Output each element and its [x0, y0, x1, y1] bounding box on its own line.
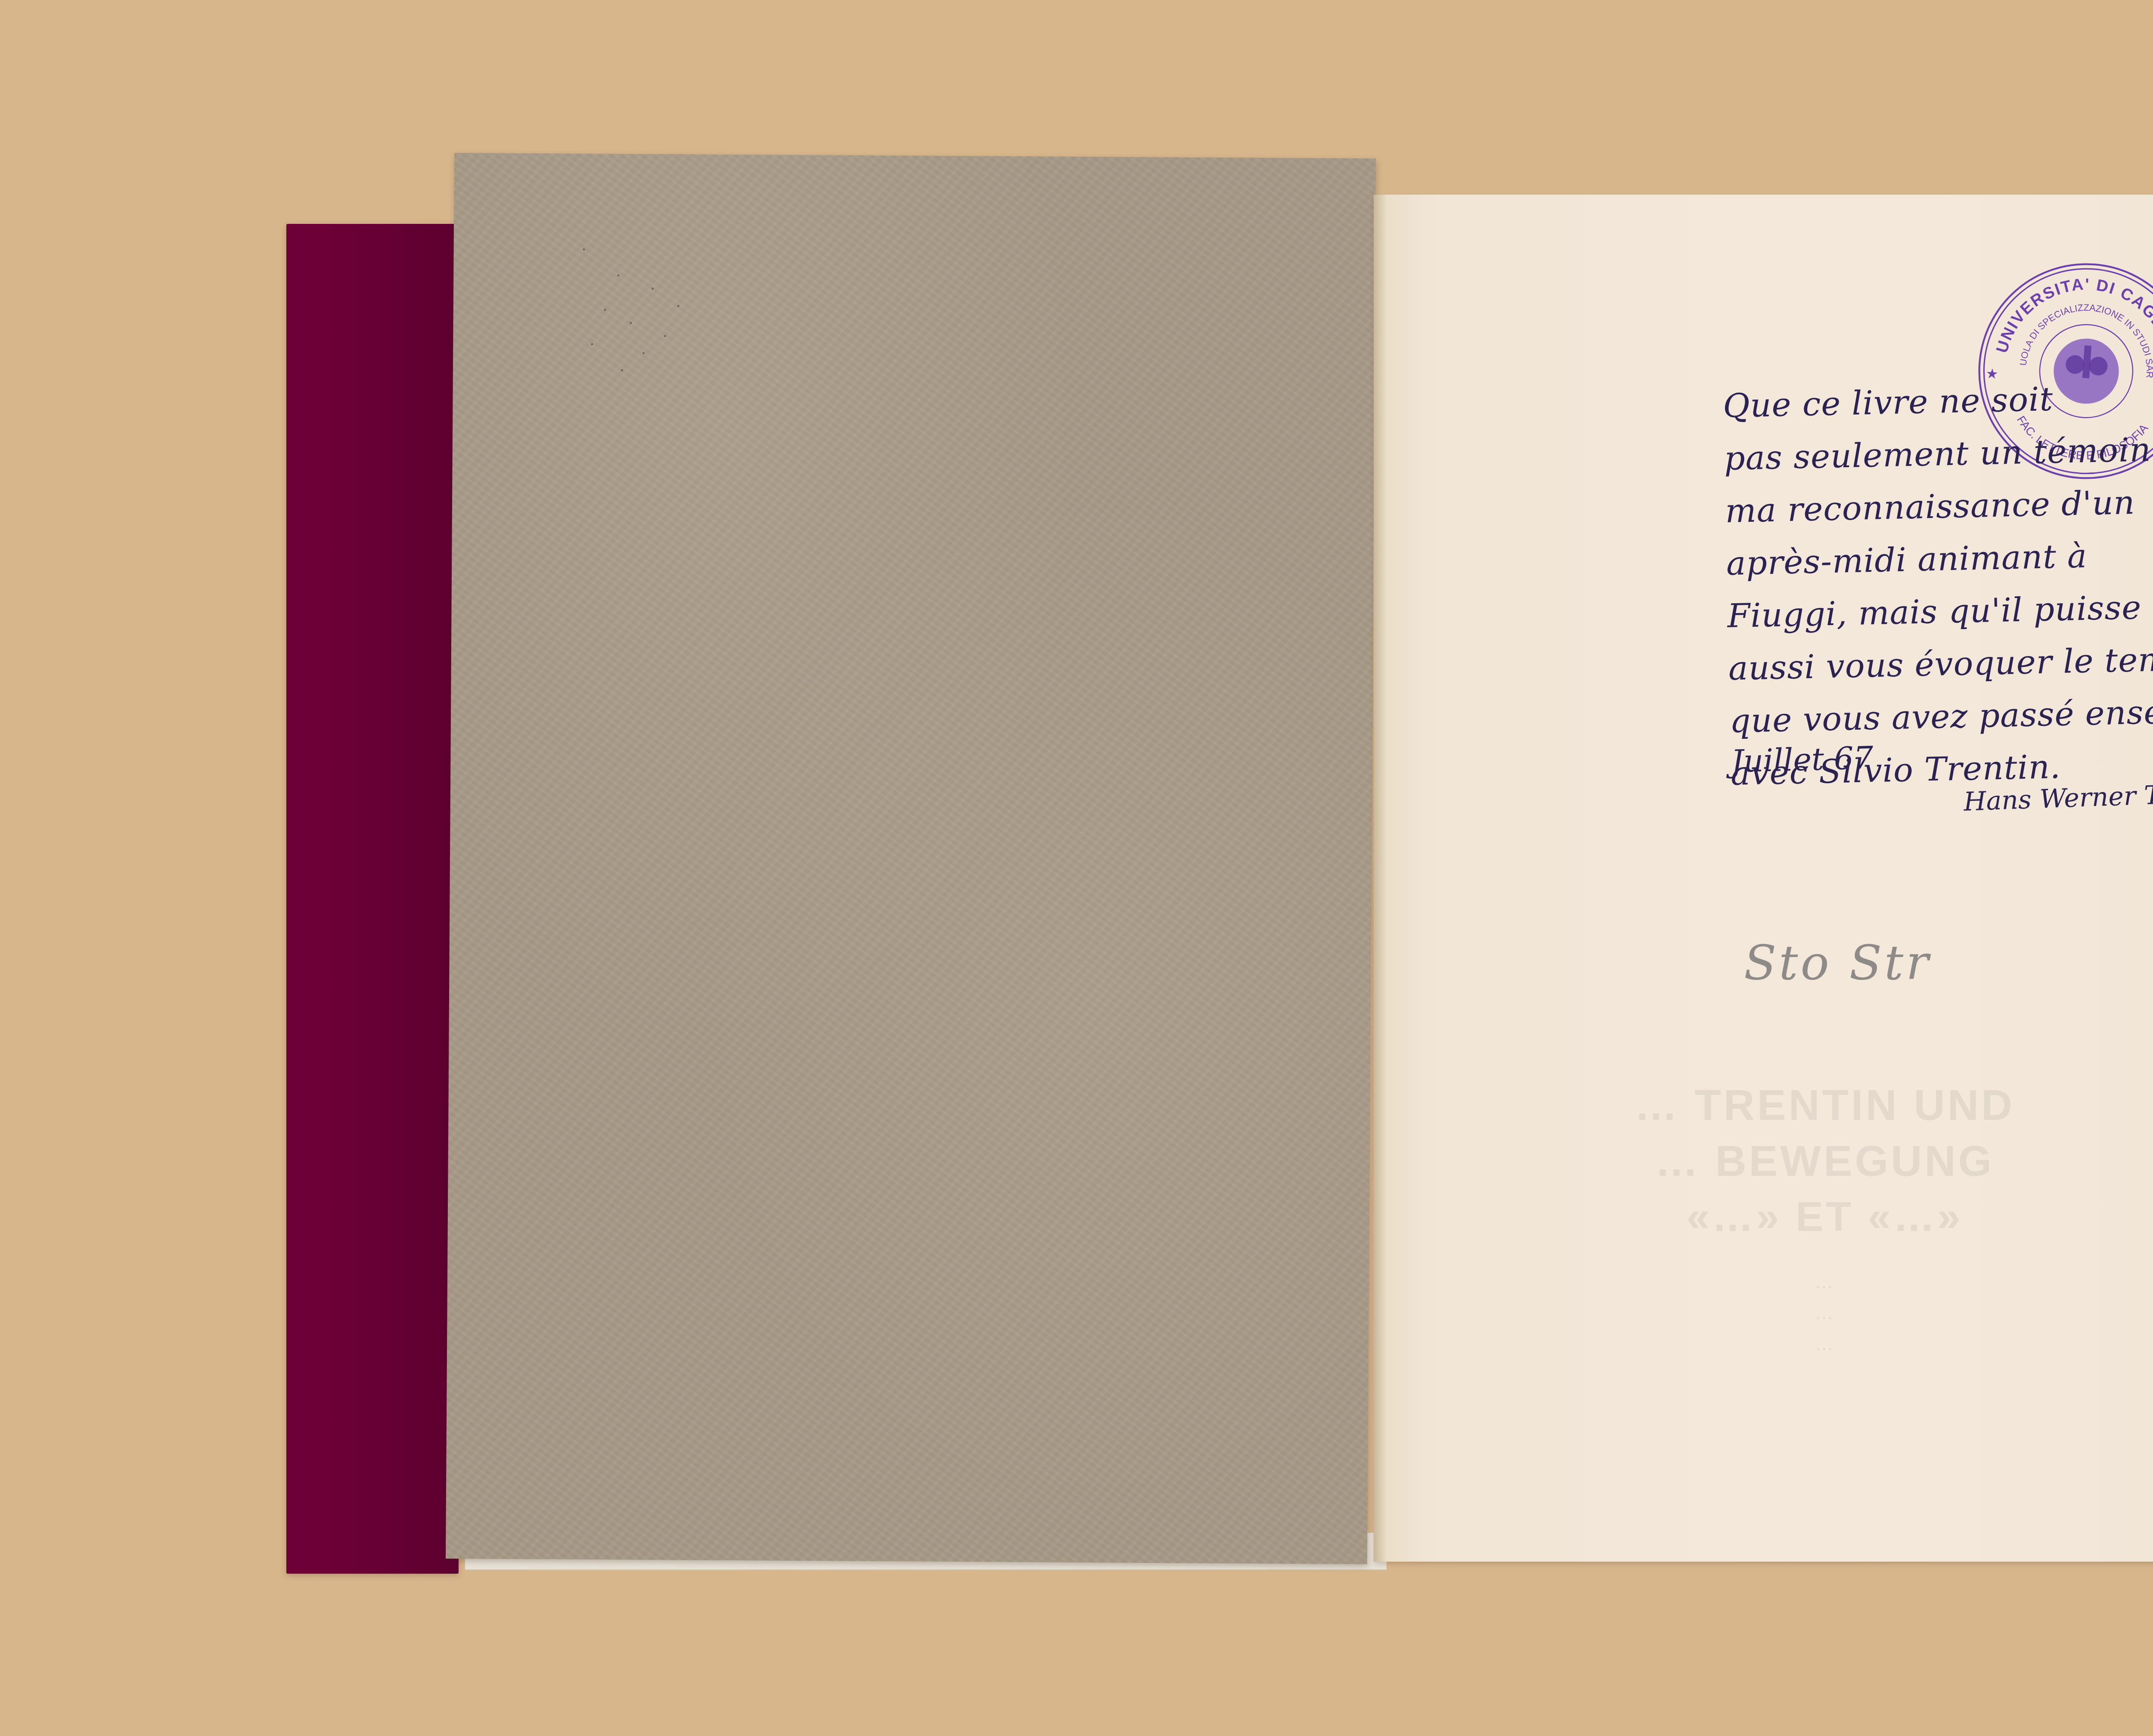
title-line-2: … BEWEGUNG — [1374, 1133, 2153, 1189]
dedication-line: Que ce livre ne soit — [1722, 368, 2153, 432]
book-back-cover — [286, 224, 459, 1574]
title-line-1: … TRENTIN UND — [1374, 1077, 2153, 1133]
title-page: UNIVERSITA' DI CAGLIARI SCUOLA DI SPECIA… — [1374, 195, 2153, 1562]
endpaper-left-page — [446, 153, 1376, 1564]
handwritten-dedication: Que ce livre ne soit pas seulement un té… — [1722, 368, 2153, 800]
ink-speckles — [565, 240, 704, 396]
subtitle-block: … … … — [1374, 1267, 2153, 1360]
subtitle-line: … — [1374, 1298, 2153, 1329]
dedication-date: Juillet 67 — [1731, 740, 1874, 780]
title-line-3: «…» ET «…» — [1374, 1189, 2153, 1245]
printed-title-block: … TRENTIN UND … BEWEGUNG «…» ET «…» … … … — [1374, 1077, 2153, 1360]
pencil-shelf-mark: Sto Str — [1744, 935, 1931, 990]
subtitle-line: … — [1374, 1267, 2153, 1298]
subtitle-line: … — [1374, 1329, 2153, 1360]
book-photo: UNIVERSITA' DI CAGLIARI SCUOLA DI SPECIA… — [0, 0, 2153, 1736]
